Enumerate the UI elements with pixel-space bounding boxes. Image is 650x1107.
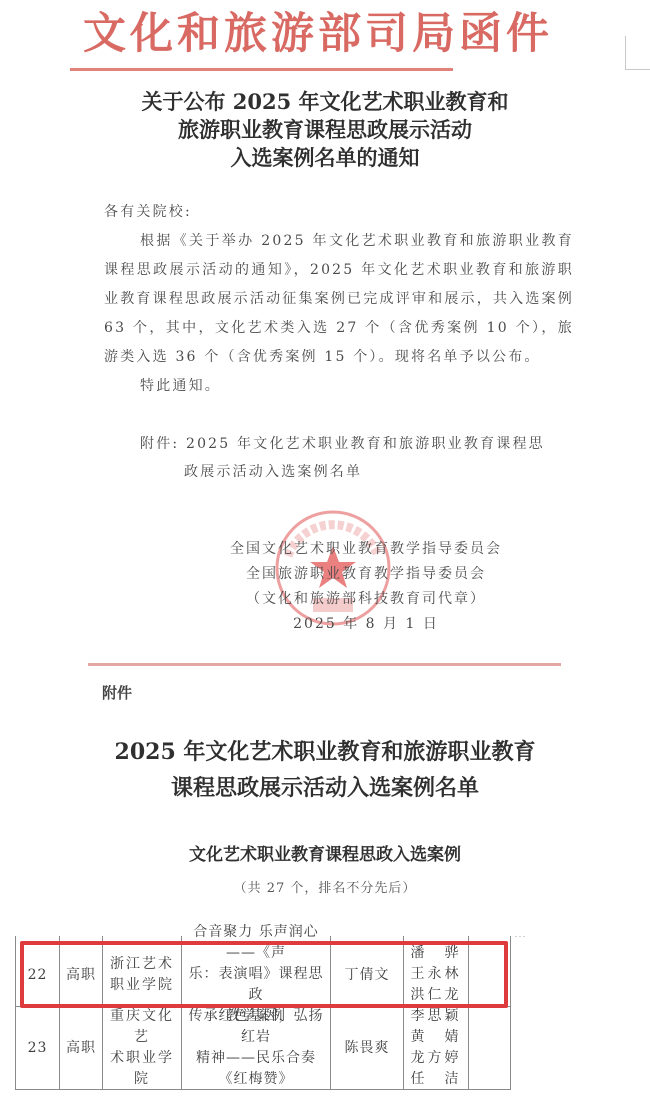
member-name: 任 洁: [411, 1069, 462, 1090]
section-title: 文化艺术职业教育课程思政入选案例: [40, 840, 610, 865]
cell-remark: [469, 1007, 510, 1089]
member-name: 龙方婷: [411, 1048, 462, 1069]
school-line: 重庆文化艺: [103, 1006, 181, 1048]
cell-level: 高职: [60, 1007, 102, 1089]
salutation: 各有关院校:: [104, 198, 192, 227]
letterhead-title: 文化和旅游部司局函件: [0, 6, 650, 62]
list-title: 2025 年文化艺术职业教育和旅游职业教育 课程思政展示活动入选案例名单: [40, 734, 610, 806]
case-title-line: 精神——民乐合奏: [196, 1048, 316, 1069]
table-border: [510, 936, 511, 1090]
attachment-note: 附件: 2025 年文化艺术职业教育和旅游职业教育课程思 政展示活动入选案例名单: [140, 430, 570, 486]
section-subtitle: （共 27 个，排名不分先后）: [40, 877, 610, 896]
member-name: 黄 婧: [411, 1027, 462, 1048]
signature-line: （文化和旅游部科技教育司代章）: [196, 587, 536, 612]
cell-case-title: 传承红色基因，弘扬红岩 精神——民乐合奏 《红梅赞》: [182, 1007, 330, 1089]
member-name: 李思颖: [411, 1006, 462, 1027]
page-divider: [88, 663, 561, 666]
attachment-note-line: 政展示活动入选案例名单: [140, 458, 570, 486]
case-title-line: 《红梅赞》: [219, 1069, 294, 1090]
signature-line: 全国旅游职业教育教学指导委员会: [196, 562, 536, 587]
list-title-line: 课程思政展示活动入选案例名单: [40, 770, 610, 806]
school-line: 术职业学院: [103, 1048, 181, 1090]
attachment-label: 附件: [102, 682, 132, 703]
notice-title: 关于公布 2025 年文化艺术职业教育和 旅游职业教育课程思政展示活动 入选案例…: [60, 88, 590, 172]
notice-title-line: 入选案例名单的通知: [60, 144, 590, 172]
page-corner-mark: [625, 36, 650, 70]
notice-title-line: 关于公布 2025 年文化艺术职业教育和: [60, 88, 590, 116]
highlight-box: [20, 941, 508, 1008]
notice-paragraph: 根据《关于举办 2025 年文化艺术职业教育和旅游职业教育课程思政展示活动的通知…: [104, 227, 574, 372]
cell-members: 李思颖 黄 婧 龙方婷 任 洁: [404, 1007, 468, 1089]
signature-block: 全国文化艺术职业教育教学指导委员会 全国旅游职业教育教学指导委员会 （文化和旅游…: [196, 537, 536, 637]
closing-line: 特此通知。: [140, 372, 221, 401]
signature-date: 2025 年 8 月 1 日: [196, 612, 536, 637]
letterhead-rule: [70, 68, 453, 71]
cell-no: 23: [16, 1007, 59, 1089]
cell-leader: 陈畏爽: [331, 1007, 403, 1089]
case-title-line: 传承红色基因，弘扬红岩: [182, 1006, 330, 1048]
signature-line: 全国文化艺术职业教育教学指导委员会: [196, 537, 536, 562]
list-title-line: 2025 年文化艺术职业教育和旅游职业教育: [40, 734, 610, 770]
notice-title-line: 旅游职业教育课程思政展示活动: [60, 116, 590, 144]
cell-school: 重庆文化艺 术职业学院: [103, 1007, 181, 1089]
partial-row-text: …: [514, 929, 604, 937]
attachment-note-line: 附件: 2025 年文化艺术职业教育和旅游职业教育课程思: [140, 436, 545, 452]
